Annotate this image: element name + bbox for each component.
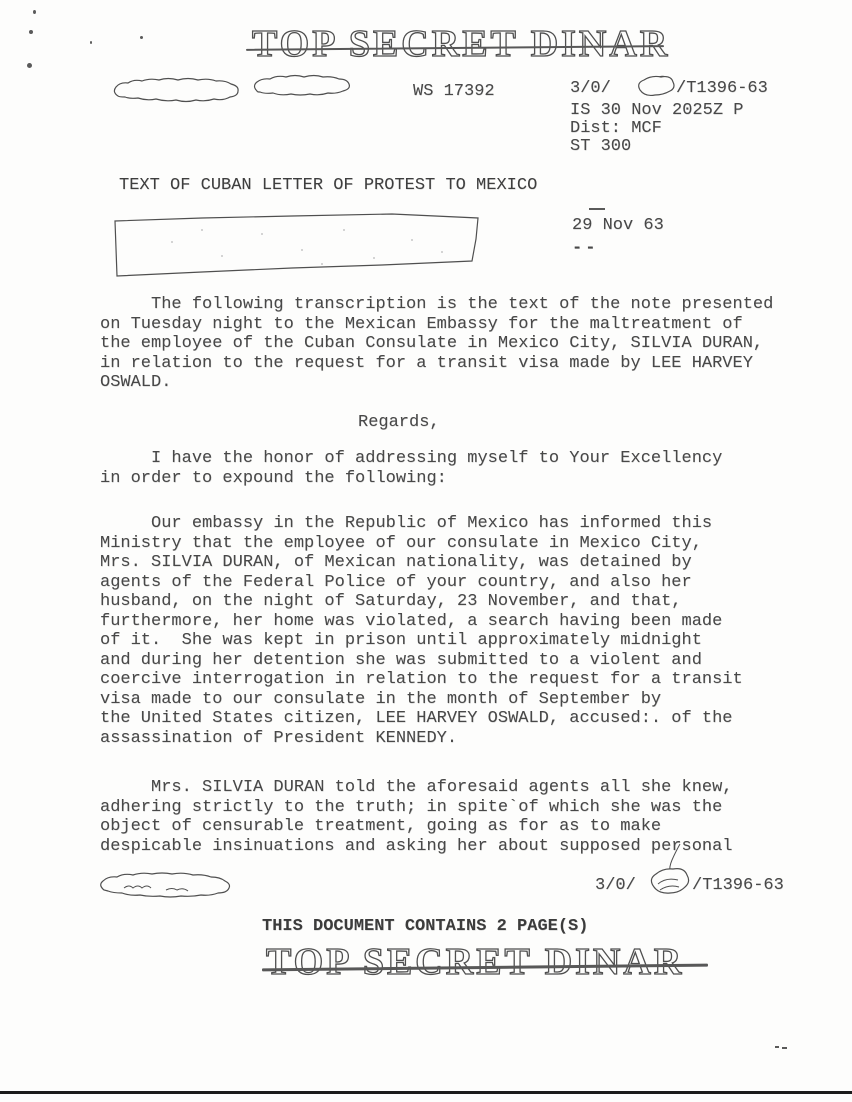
document-date: 29 Nov 63 <box>572 216 664 236</box>
text-line: coercive interrogation in relation to th… <box>100 670 743 690</box>
redaction-blob-footer-reference <box>646 842 696 904</box>
text-line: I have the honor of addressing myself to… <box>100 449 722 469</box>
text-line: the employee of the Cuban Consulate in M… <box>100 334 773 354</box>
redaction-blob-header-reference <box>634 73 676 103</box>
scan-edge-line <box>0 1091 852 1094</box>
redaction-box <box>112 212 484 280</box>
redaction-blob-bottom-left <box>96 868 240 906</box>
text-line: Mrs. SILVIA DURAN told the aforesaid age… <box>100 778 733 798</box>
text-line: in relation to the request for a transit… <box>100 354 773 374</box>
date-overline-mark <box>589 208 605 210</box>
text-line: and during her detention she was submitt… <box>100 651 743 671</box>
scan-speck <box>90 41 92 44</box>
text-line: Mrs. SILVIA DURAN, of Mexican nationalit… <box>100 553 743 573</box>
scanned-document-page: TOP SECRET DINAR WS 17392 3/0/ /T1396-63… <box>0 0 852 1102</box>
paragraph-duran-statement: Mrs. SILVIA DURAN told the aforesaid age… <box>100 778 733 856</box>
footer-reference-suffix: /T1396-63 <box>692 876 784 896</box>
text-line: Our embassy in the Republic of Mexico ha… <box>100 514 743 534</box>
reference-number-prefix: 3/0/ <box>570 79 611 99</box>
paragraph-embassy-report: Our embassy in the Republic of Mexico ha… <box>100 514 743 748</box>
paragraph-honor: I have the honor of addressing myself to… <box>100 449 722 488</box>
text-line: the United States citizen, LEE HARVEY OS… <box>100 709 743 729</box>
text-line: visa made to our consulate in the month … <box>100 690 743 710</box>
text-line: adhering strictly to the truth; in spite… <box>100 798 733 818</box>
date-dashes: -- <box>572 239 598 259</box>
text-line: in order to expound the following: <box>100 469 722 489</box>
series-line: ST 300 <box>570 137 631 157</box>
scan-speck <box>782 1047 787 1049</box>
distribution-line: Dist: MCF <box>570 119 662 139</box>
text-line: despicable insinuations and asking her a… <box>100 837 733 857</box>
classification-stamp-top: TOP SECRET DINAR <box>252 22 670 66</box>
page-count-notice: THIS DOCUMENT CONTAINS 2 PAGE(S) <box>262 917 588 937</box>
scan-speck <box>33 10 36 14</box>
scan-speck <box>29 30 33 34</box>
document-title: TEXT OF CUBAN LETTER OF PROTEST TO MEXIC… <box>119 176 537 196</box>
paragraph-introduction: The following transcription is the text … <box>100 295 773 393</box>
text-line: The following transcription is the text … <box>100 295 773 315</box>
classification-stamp-bottom: TOP SECRET DINAR <box>266 940 684 984</box>
redaction-blob-top-left-2 <box>250 74 356 104</box>
station-serial: WS 17392 <box>413 82 495 102</box>
intercept-date-line: IS 30 Nov 2025Z P <box>570 101 743 121</box>
scan-speck <box>140 36 143 39</box>
text-line: Ministry that the employee of our consul… <box>100 534 743 554</box>
text-line: furthermore, her home was violated, a se… <box>100 612 743 632</box>
footer-reference-prefix: 3/0/ <box>595 876 636 896</box>
scan-speck <box>775 1046 779 1048</box>
text-line: agents of the Federal Police of your cou… <box>100 573 743 593</box>
redaction-blob-top-left-1 <box>110 76 242 110</box>
text-line: OSWALD. <box>100 373 773 393</box>
text-line: husband, on the night of Saturday, 23 No… <box>100 592 743 612</box>
scan-speck <box>27 63 32 68</box>
text-line: assassination of President KENNEDY. <box>100 729 743 749</box>
text-line: of it. She was kept in prison until appr… <box>100 631 743 651</box>
salutation: Regards, <box>358 413 440 433</box>
text-line: object of censurable treatment, going as… <box>100 817 733 837</box>
reference-number-suffix: /T1396-63 <box>676 79 768 99</box>
text-line: on Tuesday night to the Mexican Embassy … <box>100 315 773 335</box>
